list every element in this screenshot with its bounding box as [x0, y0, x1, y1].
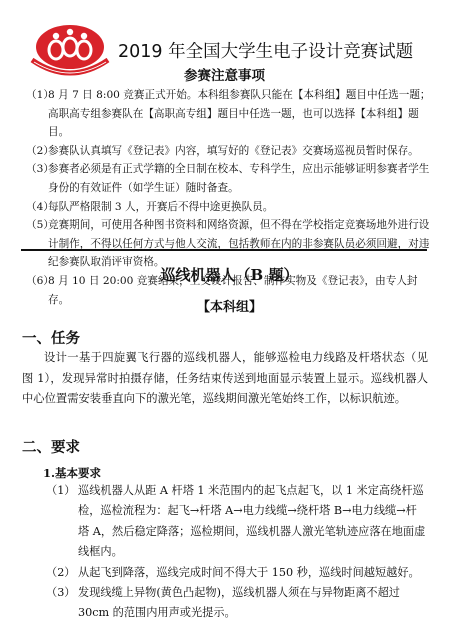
- requirement-number: （1）: [46, 481, 78, 563]
- task-paragraph: 设计一基于四旋翼飞行器的巡线机器人，能够巡检电力线路及杆塔状态（见图 1），发现…: [22, 348, 428, 410]
- contest-logo-icon: [26, 22, 114, 80]
- requirement-item: （3） 发现线缆上异物(黄色凸起物)，巡线机器人须在与异物距离不超过 30cm …: [46, 583, 426, 624]
- note-text: 参赛队认真填写《登记表》内容，填写好的《登记表》交赛场巡视员暂时保存。: [48, 142, 436, 161]
- note-number: （1）: [26, 86, 48, 142]
- note-number: （4）: [26, 198, 48, 217]
- requirements-list: （1） 巡线机器人从距 A 杆塔 1 米范围内的起飞点起飞，以 1 米定高绕杆巡…: [46, 481, 426, 624]
- requirements-heading: 二、要求: [22, 436, 80, 457]
- note-text: 参赛者必须是有正式学籍的全日制在校本、专科学生，应出示能够证明参赛者学生身份的有…: [48, 160, 436, 197]
- note-number: （3）: [26, 160, 48, 197]
- note-text: 每队严格限制 3 人，开赛后不得中途更换队员。: [48, 198, 436, 217]
- notice-title: 参赛注意事项: [184, 64, 265, 84]
- requirement-item: （2） 从起飞到降落，巡线完成时间不得大于 150 秒，巡线时间越短越好。: [46, 563, 426, 583]
- note-item: （4） 每队严格限制 3 人，开赛后不得中途更换队员。: [26, 198, 436, 217]
- requirement-number: （3）: [46, 583, 78, 624]
- requirement-number: （2）: [46, 563, 78, 583]
- note-item: （3） 参赛者必须是有正式学籍的全日制在校本、专科学生，应出示能够证明参赛者学生…: [26, 160, 436, 197]
- note-number: （2）: [26, 142, 48, 161]
- requirement-text: 发现线缆上异物(黄色凸起物)，巡线机器人须在与异物距离不超过 30cm 的范围内…: [78, 583, 426, 624]
- note-text: 8 月 7 日 8:00 竞赛正式开始。本科组参赛队只能在【本科组】题目中任选一…: [48, 86, 436, 142]
- requirement-text: 从起飞到降落，巡线完成时间不得大于 150 秒，巡线时间越短越好。: [78, 563, 426, 583]
- note-item: （2） 参赛队认真填写《登记表》内容，填写好的《登记表》交赛场巡视员暂时保存。: [26, 142, 436, 161]
- requirement-item: （1） 巡线机器人从距 A 杆塔 1 米范围内的起飞点起飞，以 1 米定高绕杆巡…: [46, 481, 426, 563]
- document-title: 2019 年全国大学生电子设计竞赛试题: [118, 38, 413, 63]
- note-item: （1） 8 月 7 日 8:00 竞赛正式开始。本科组参赛队只能在【本科组】题目…: [26, 86, 436, 142]
- requirement-text: 巡线机器人从距 A 杆塔 1 米范围内的起飞点起飞，以 1 米定高绕杆巡检，巡检…: [78, 481, 426, 563]
- problem-title: 巡线机器人（B 题）: [0, 264, 459, 285]
- document-page: 2019 年全国大学生电子设计竞赛试题 参赛注意事项 （1） 8 月 7 日 8…: [0, 0, 459, 629]
- section-divider: [21, 249, 427, 251]
- group-title: 【本科组】: [0, 296, 459, 315]
- basic-requirements-heading: 1.基本要求: [43, 465, 101, 481]
- task-heading: 一、任务: [22, 327, 80, 348]
